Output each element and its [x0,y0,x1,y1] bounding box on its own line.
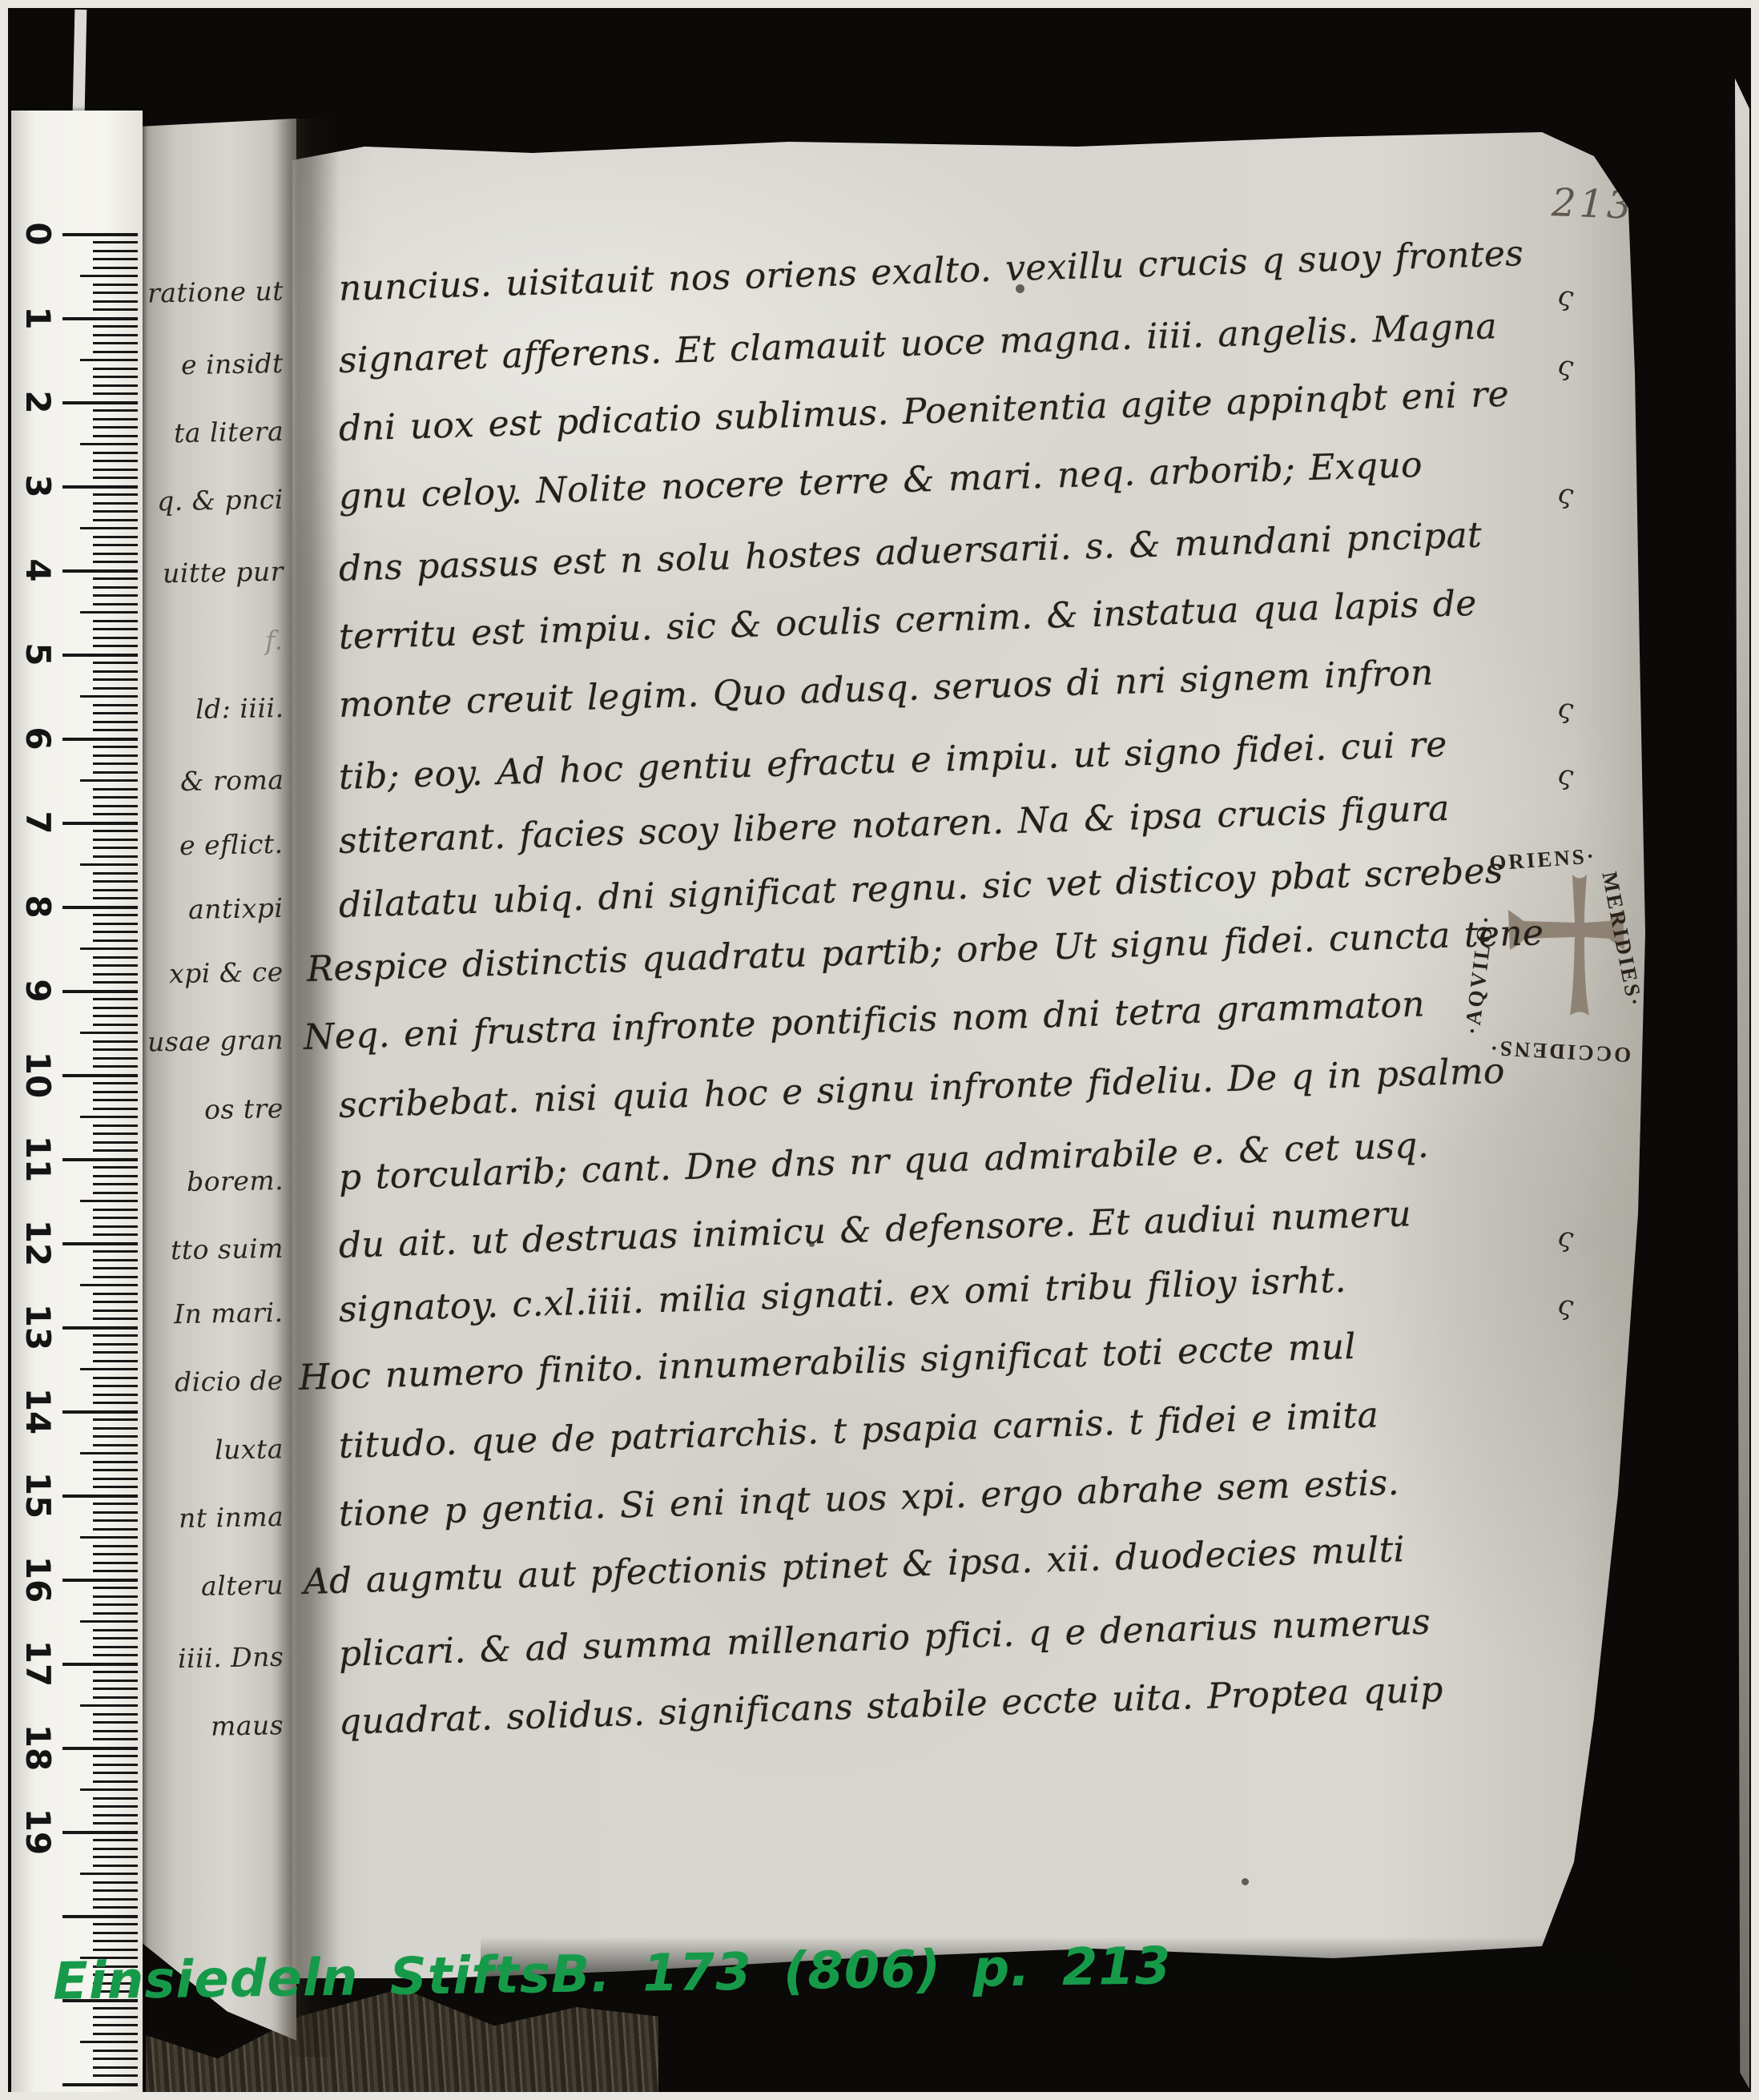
facing-page-fragment: maus [211,1709,284,1742]
ruler-tick [93,956,138,959]
ruler-number: 15 [20,1473,57,1518]
ruler-number: 3 [20,464,57,509]
ruler-tick [93,855,138,858]
ruler-tick [93,1562,138,1564]
ruler-tick [80,1032,138,1034]
ruler-tick [93,368,138,370]
ruler-tick [93,384,138,387]
ruler-tick [80,947,138,950]
margin-mark: ς [1556,692,1575,726]
ruler-tick [80,359,138,361]
ruler-tick [93,1276,138,1278]
ruler-number: 1 [20,296,57,340]
ruler-tick [93,923,138,925]
facing-page-fragment: antixpi [188,892,284,925]
ruler-tick [93,1091,138,1093]
ruler-tick [93,1166,138,1169]
ruler-tick [93,645,138,647]
facing-page-fragment: usae gran [147,1024,284,1058]
manuscript-text-line: stiterant. facies scoy libere notaren. N… [338,788,1450,862]
ruler-tick [93,1848,138,1850]
facing-page-fragment: ld: iiii. [195,692,284,725]
facing-page-fragment: iiii. Dns [177,1641,284,1674]
ruler-tick [93,1528,138,1531]
ruler-tick [93,1595,138,1598]
ruler-tick [93,1764,138,1766]
ruler-tick [93,678,138,681]
ruler-tick [62,1915,138,1918]
ruler-tick [93,1301,138,1303]
facing-page-fragment: f. [265,625,284,656]
ruler-tick [93,452,138,454]
manuscript-text-line: nuncius. uisitauit nos oriens exalto. ve… [338,233,1524,309]
ruler-tick [93,1108,138,1110]
ruler-tick [93,2033,138,2035]
photo-edge-sliver-right [1735,78,1749,2089]
ruler-tick [93,1444,138,1446]
ruler-tick [93,376,138,378]
ruler-number: 19 [20,1809,57,1854]
ruler-tick [93,1654,138,1656]
ruler-tick [93,603,138,605]
manuscript-text-line: gnu celoy. Nolite nocere terre & mari. n… [338,445,1423,517]
ruler-tick [93,2024,138,2026]
facing-page-edge: ratione ute insidtta literaq. & pnciuitt… [143,119,296,2060]
ruler-tick [93,1646,138,1648]
ruler-tick [93,1427,138,1430]
ruler-tick [93,1898,138,1901]
ruler-tick [93,1772,138,1774]
ruler-tick [93,1688,138,1690]
manuscript-text-line: monte creuit legim. Quo adusq. seruos di… [338,652,1434,726]
ruler-tick [93,637,138,639]
ruler-tick [93,687,138,690]
ruler-tick [62,906,138,909]
ruler-tick [93,2066,138,2069]
ruler-tick [93,1377,138,1379]
ruler-number: 5 [20,632,57,677]
manuscript-text-line: dni uox est pdicatio sublimus. Poenitent… [338,374,1509,449]
ruler-tick [93,1519,138,1522]
ruler-tick [93,1805,138,1808]
ruler-tick [93,1360,138,1362]
ruler-number: 0 [20,211,57,256]
ruler-tick [80,1116,138,1118]
ruler-tick [93,1721,138,1724]
ruler-tick [93,998,138,1000]
ruler-tick [93,1435,138,1438]
ruler-tick [93,577,138,580]
margin-mark: ς [1556,477,1575,511]
ruler-tick [93,1671,138,1673]
ruler-tick [80,527,138,529]
ruler-tick [93,561,138,563]
manuscript-text-line: signatoy. c.xl.iiii. milia signati. ex o… [338,1260,1346,1330]
ruler-tick [93,258,138,260]
ruler-tick [93,830,138,832]
ruler-tick [93,510,138,513]
ruler-tick [93,1696,138,1699]
facing-page-fragment: ta litera [173,416,284,449]
ruler-number: 6 [20,716,57,761]
ruler-tick [93,493,138,496]
ruler-tick [93,762,138,765]
facing-page-fragment: xpi & ce [169,956,284,989]
ruler-tick [93,536,138,538]
ruler-tick [93,1486,138,1488]
ruler-tick [93,1259,138,1261]
ruler-tick [93,973,138,976]
manuscript-text-line: titudo. que de patriarchis. t psapia car… [338,1394,1379,1466]
ruler-tick [93,469,138,471]
facing-page-fragment: e eflict. [179,828,284,861]
ruler-tick [93,553,138,555]
ruler-tick [80,1452,138,1454]
ruler-tick [80,1284,138,1286]
ruler-tick [93,1461,138,1463]
facing-page-fragment: nt inma [178,1501,284,1534]
ruler-tick [62,1663,138,1666]
facing-page-fragment: q. & pnci [157,484,284,517]
ruler-tick [93,351,138,353]
manuscript-text-line: dilatatu ubiq. dni significat regnu. sic… [338,851,1503,926]
ruler-tick [62,569,138,573]
manuscript-text-line: Ad augmtu aut pfectionis ptinet & ipsa. … [303,1529,1405,1603]
ruler-tick [93,1949,138,1951]
ruler-tick [62,2083,138,2086]
ruler-tick [93,1940,138,1942]
ruler-tick [93,1351,138,1354]
ruler-number: 7 [20,800,57,845]
manuscript-text-line: tib; eoy. Ad hoc gentiu efractu e impiu.… [338,724,1447,798]
manuscript-text-line: tione p gentia. Si eni inqt uos xpi. erg… [338,1462,1399,1535]
ruler-number: 14 [20,1389,57,1434]
ruler-tick [93,1881,138,1884]
ruler-tick [93,1318,138,1320]
ruler-tick [93,1713,138,1716]
manuscript-text-line: Respice distinctis quadratu partib; orbe… [306,912,1544,990]
ruler-tick [93,839,138,841]
ruler-tick [93,1511,138,1514]
ruler-tick [62,1326,138,1330]
ruler-tick [62,990,138,993]
ruler-tick [93,1394,138,1396]
ruler-tick [93,847,138,849]
ruler-tick [93,1057,138,1060]
ruler-tick [93,300,138,303]
ruler-tick [93,754,138,757]
manuscript-text-line: Hoc numero finito. innumerabilis signifi… [298,1326,1356,1398]
ruler-tick [93,1124,138,1127]
facing-page-fragment: & roma [179,764,284,797]
ruler-tick [93,1680,138,1682]
ruler-tick [80,443,138,445]
ruler-tick [93,1217,138,1219]
manuscript-text-line: territu est impiu. sic & oculis cernim. … [338,583,1477,658]
ruler-tick [93,1334,138,1337]
ruler-tick [93,1141,138,1144]
ruler-tick [93,1865,138,1867]
ruler-tick [93,1233,138,1236]
manuscript-text-line: du ait. ut destruas inimicu & defensore.… [338,1193,1411,1266]
ruler-tick [93,662,138,664]
ruler-tick [93,1209,138,1211]
ruler-tick [93,1048,138,1051]
ruler-tick [93,620,138,622]
ruler-tick [93,1149,138,1152]
ruler-tick [93,1822,138,1824]
ruler-tick [93,712,138,714]
ruler-tick [93,1637,138,1639]
ruler-tick [80,779,138,782]
ruler-tick [93,897,138,899]
facing-page-fragment: In mari. [174,1297,284,1330]
facing-page-fragment: e insidt [181,348,284,380]
ruler-tick [93,409,138,412]
manuscript-page: 213 ORIENS· MERIDIES· ·AQVILO· OCCIDENS·… [292,132,1654,1978]
ruler-tick [93,1503,138,1505]
ruler-tick [93,1814,138,1816]
facing-page-fragment: luxta [215,1433,284,1465]
margin-mark: ς [1556,1289,1575,1322]
ruler-number: 13 [20,1305,57,1350]
ruler-tick [80,1704,138,1707]
ruler-tick [93,746,138,748]
ruler-tick [62,317,138,320]
ruler-tick [93,1478,138,1480]
facing-page-fragment: dicio de [175,1365,284,1398]
ruler-tick [93,1587,138,1589]
ruler-number: 17 [20,1641,57,1686]
ruler-tick [93,519,138,521]
ruler-tick [93,796,138,799]
ruler-tick [93,594,138,597]
facing-page-fragment: ratione ut [147,276,284,309]
ruler-number: 4 [20,548,57,593]
manuscript-photo: 012345678910111213141516171819 ratione u… [0,0,1759,2100]
ruler-tick [93,1225,138,1228]
ruler-tick [93,2016,138,2018]
ruler-tick [93,1183,138,1185]
folio-number: 213 [1551,180,1636,228]
ruler-tick [93,1132,138,1135]
facing-page-fragment: os tre [204,1092,284,1125]
ruler-tick [93,1293,138,1295]
ruler-tick [93,1309,138,1312]
manuscript-text-line: dns passus est n solu hostes aduersarii.… [338,515,1482,589]
ruler-tick [62,654,138,657]
margin-mark: ς [1556,1221,1575,1254]
ruler-tick [93,721,138,723]
ruler-tick [93,1250,138,1253]
ruler-number: 9 [20,968,57,1013]
ruler-tick [93,1099,138,1101]
ruler-tick [93,241,138,243]
ruler-tick [62,233,138,236]
parchment-speck [1242,1878,1249,1885]
ruler-number: 12 [20,1221,57,1265]
ruler-tick [93,914,138,916]
ruler-tick [93,872,138,875]
ruler-tick [93,939,138,942]
ruler-tick [80,1873,138,1875]
manuscript-text-line: plicari. & ad summa millenario pfici. q … [338,1602,1431,1675]
ruler-tick [93,670,138,673]
ruler-tick [93,586,138,589]
ruler-tick [62,1579,138,1582]
ruler-tick [93,1839,138,1841]
ruler-tick [80,1536,138,1539]
ruler-tick [62,738,138,741]
ruler-tick [93,1923,138,1925]
ruler-tick [80,1368,138,1370]
ruler-tick [93,418,138,420]
ruler-tick [93,1024,138,1026]
ruler-tick [93,1007,138,1009]
ruler-tick [80,1788,138,1791]
ruler-tick [93,889,138,891]
ruler-tick [93,1469,138,1471]
parchment-speck [809,1241,815,1247]
ruler-tick [93,788,138,791]
facing-page-fragment: alteru [201,1569,284,1602]
facing-page-fragment: uitte pur [163,556,284,589]
ruler-tick [80,2041,138,2043]
ruler-tick [93,931,138,933]
ruler-tick [62,1747,138,1750]
ruler-tick [93,1730,138,1732]
ruler-tick [93,308,138,311]
page-edge-sliver-top-left [73,10,87,112]
ruler-number: 16 [20,1557,57,1602]
ruler-tick [93,628,138,630]
ruler-number: 10 [20,1052,57,1097]
ruler-tick [93,1856,138,1858]
manuscript-text-line: scribebat. nisi quia hoc e signu infront… [338,1051,1505,1126]
ruler-tick [93,2050,138,2052]
ruler-tick [62,401,138,404]
ruler-tick [93,2074,138,2077]
ruler-tick [93,1040,138,1043]
ruler-tick [93,325,138,328]
ruler-number: 2 [20,380,57,424]
ruler-tick [93,1082,138,1084]
ruler-tick [93,1418,138,1421]
ruler-number: 8 [20,884,57,929]
facing-page-fragment: borem. [187,1165,284,1197]
ruler-tick [93,267,138,269]
centimetre-ruler: 012345678910111213141516171819 [11,111,143,2100]
ruler-tick [93,392,138,395]
ruler-tick [93,981,138,984]
ruler-tick [62,1495,138,1498]
ruler-tick [93,1629,138,1631]
ruler-tick [93,1570,138,1572]
ruler-tick [93,1343,138,1346]
ruler-tick [93,250,138,252]
ruler-tick [93,1906,138,1909]
ruler-tick [93,1402,138,1404]
ruler-tick [93,435,138,437]
ruler-tick [93,1932,138,1934]
ruler-tick [93,729,138,731]
ruler-tick [80,863,138,866]
ruler-tick [93,1603,138,1606]
ruler-tick [93,426,138,428]
ruler-number: 18 [20,1725,57,1770]
ruler-tick [93,292,138,294]
ruler-tick [93,1545,138,1547]
ruler-tick [80,611,138,614]
ruler-tick [93,2058,138,2060]
ruler-tick [93,1192,138,1194]
ruler-tick [93,771,138,774]
ruler-tick [62,485,138,489]
ruler-tick [93,477,138,479]
ruler-tick [93,1175,138,1177]
ruler-tick [93,1797,138,1800]
ruler-tick [93,334,138,336]
ruler-tick [93,880,138,883]
ruler-tick [93,284,138,286]
ruler-tick [93,964,138,967]
ruler-tick [93,1612,138,1615]
facing-page-fragment: tto suim [171,1233,284,1265]
ruler-tick [62,1242,138,1245]
ruler-tick [93,1267,138,1269]
manuscript-text-line: quadrat. solidus. significans stabile ec… [338,1669,1443,1743]
ruler-tick [62,1074,138,1077]
manuscript-text-line: signaret afferens. Et clamauit uoce magn… [338,306,1497,381]
ruler-tick [93,1738,138,1740]
parchment-speck [1016,284,1024,293]
ruler-tick [93,544,138,546]
ruler-tick [62,1158,138,1161]
ruler-tick [80,1200,138,1202]
ruler-tick [80,275,138,277]
ruler-tick [93,1755,138,1757]
ruler-tick [93,1385,138,1387]
ruler-tick [62,1410,138,1414]
ruler-number: 11 [20,1136,57,1181]
ruler-tick [93,342,138,344]
ruler-tick [93,1065,138,1068]
ruler-tick [80,1620,138,1623]
ruler-tick [80,695,138,698]
ruler-tick [93,1553,138,1555]
margin-mark: ς [1556,758,1575,792]
ruler-tick [93,1889,138,1892]
ruler-tick [93,813,138,815]
ruler-tick [62,1831,138,1834]
margin-mark: ς [1556,349,1575,383]
ruler-tick [62,822,138,825]
ruler-tick [93,460,138,462]
ruler-tick [93,704,138,706]
margin-mark: ς [1556,280,1575,313]
ruler-tick [93,502,138,505]
manuscript-text-line: Neq. eni frustra infronte pontificis nom… [303,984,1425,1058]
manuscript-text-line: p torcularib; cant. Dne dns nr qua admir… [338,1125,1429,1198]
ruler-tick [93,1015,138,1017]
ruler-tick [93,1780,138,1783]
ruler-tick [93,805,138,807]
